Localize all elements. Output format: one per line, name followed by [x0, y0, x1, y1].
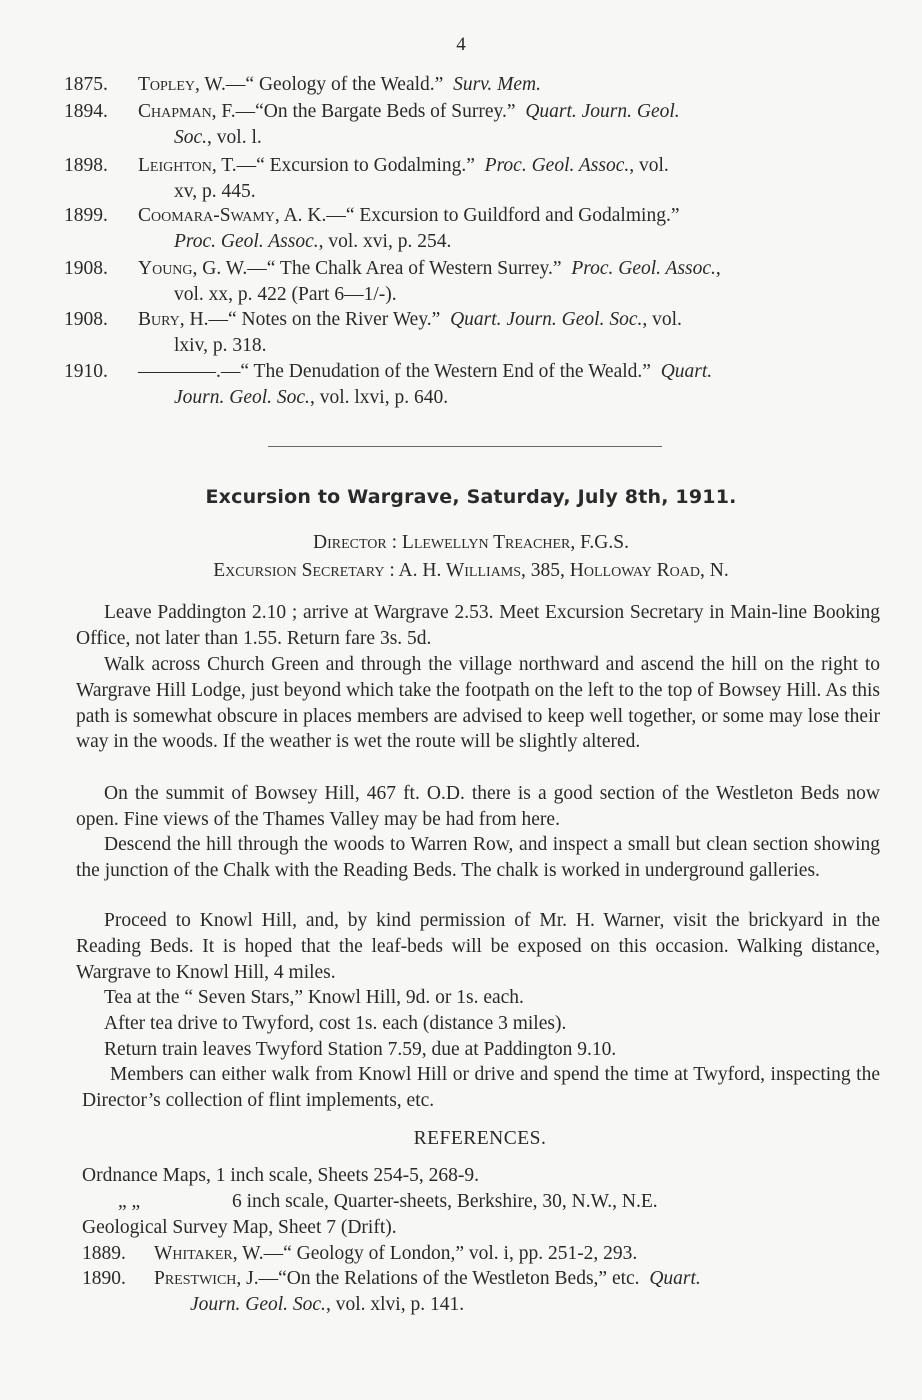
paragraph-text: After tea drive to Twyford, cost 1s. eac… — [76, 1011, 880, 1037]
section-divider — [268, 446, 662, 447]
paragraph-text: Tea at the “ Seven Stars,” Knowl Hill, 9… — [76, 985, 880, 1011]
entry-journal: Surv. Mem. — [453, 74, 541, 95]
paragraph-text: Members can either walk from Knowl Hill … — [82, 1062, 880, 1114]
entry-journal: Proc. Geol. Assoc. — [174, 231, 319, 252]
entry-title: —“On the Bargate Beds of Surrey.” — [236, 101, 516, 122]
entry-details: , vol. xlvi, p. 141. — [326, 1294, 464, 1315]
entry-year: 1890. — [82, 1266, 154, 1292]
entry-year: 1899. — [64, 203, 134, 229]
itinerary-paragraph: Proceed to Knowl Hill, and, by kind perm… — [76, 908, 880, 985]
entry-journal: Proc. Geol. Assoc. — [571, 258, 716, 279]
entry-details: , vol. lxvi, p. 640. — [310, 387, 448, 408]
reference-text: 6 inch scale, Quarter-sheets, Berkshire,… — [232, 1191, 658, 1212]
secretary-line: Excursion Secretary : A. H. Williams, 38… — [0, 560, 922, 582]
entry-author: Topley, W. — [138, 74, 226, 95]
itinerary-paragraph: Walk across Church Green and through the… — [76, 652, 880, 755]
entry-details: lxiv, p. 318. — [138, 333, 872, 359]
itinerary-paragraph: After tea drive to Twyford, cost 1s. eac… — [76, 1011, 880, 1037]
paragraph-text: Proceed to Knowl Hill, and, by kind perm… — [76, 908, 880, 985]
bibliography-entry: 1910. ————.—“ The Denudation of the West… — [64, 359, 872, 410]
paragraph-text: Descend the hill through the woods to Wa… — [76, 832, 880, 884]
entry-title: —“ Notes on the River Wey.” — [209, 309, 441, 330]
entry-title: —“ The Denudation of the Western End of … — [221, 361, 651, 382]
excursion-title: Excursion to Wargrave, Saturday, July 8t… — [0, 486, 922, 508]
entry-journal: Quart. Journ. Geol. — [525, 101, 679, 122]
entry-title: —“ Excursion to Guildford and Godalming.… — [326, 205, 679, 226]
reference-item: „ „6 inch scale, Quarter-sheets, Berkshi… — [82, 1189, 872, 1215]
entry-title: —“ Geology of London,” vol. i, pp. 251-2… — [264, 1243, 638, 1264]
entry-author: ————. — [138, 361, 221, 382]
entry-year: 1889. — [82, 1241, 154, 1267]
itinerary-paragraph: Members can either walk from Knowl Hill … — [82, 1062, 880, 1114]
director-line: Director : Llewellyn Treacher, F.G.S. — [0, 532, 922, 554]
entry-author: Chapman, F. — [138, 101, 236, 122]
entry-year: 1875. — [64, 72, 134, 98]
entry-year: 1894. — [64, 99, 134, 125]
paragraph-text: Walk across Church Green and through the… — [76, 652, 880, 755]
itinerary-paragraph: Leave Paddington 2.10 ; arrive at Wargra… — [76, 600, 880, 652]
entry-details: , — [716, 258, 721, 279]
entry-title: —“ Geology of the Weald.” — [226, 74, 443, 95]
entry-author: Prestwich, J. — [154, 1268, 259, 1289]
entry-journal: Soc. — [174, 127, 207, 148]
entry-title: —“On the Relations of the Westleton Beds… — [259, 1268, 640, 1289]
entry-author: Young, G. W. — [138, 258, 247, 279]
paragraph-text: Return train leaves Twyford Station 7.59… — [76, 1037, 880, 1063]
entry-journal: Quart. Journ. Geol. Soc. — [450, 309, 642, 330]
entry-details: , vol. l. — [207, 127, 262, 148]
entry-year: 1910. — [64, 359, 134, 385]
entry-details: , vol. — [629, 155, 669, 176]
entry-details: , vol. xvi, p. 254. — [319, 231, 452, 252]
bibliography-entry: 1908. Bury, H.—“ Notes on the River Wey.… — [64, 307, 872, 358]
reference-item: 1889.Whitaker, W.—“ Geology of London,” … — [82, 1241, 872, 1267]
bibliography-entry: 1894. Chapman, F.—“On the Bargate Beds o… — [64, 99, 872, 150]
entry-year: 1908. — [64, 307, 134, 333]
itinerary-paragraph: On the summit of Bowsey Hill, 467 ft. O.… — [76, 781, 880, 833]
bibliography-entry: 1899. Coomara-Swamy, A. K.—“ Excursion t… — [64, 203, 872, 254]
entry-journal: Quart. — [649, 1268, 700, 1289]
paragraph-text: On the summit of Bowsey Hill, 467 ft. O.… — [76, 781, 880, 833]
entry-details: vol. xx, p. 422 (Part 6—1/-). — [138, 282, 872, 308]
ditto-marks: „ „ — [82, 1189, 232, 1215]
reference-item: Ordnance Maps, 1 inch scale, Sheets 254-… — [82, 1163, 872, 1189]
entry-year: 1898. — [64, 153, 134, 179]
entry-author: Leighton, T. — [138, 155, 237, 176]
bibliography-entry: 1908. Young, G. W.—“ The Chalk Area of W… — [64, 256, 872, 307]
reference-item: 1890.Prestwich, J.—“On the Relations of … — [82, 1266, 872, 1317]
itinerary-paragraph: Return train leaves Twyford Station 7.59… — [76, 1037, 880, 1063]
entry-details: , vol. — [642, 309, 682, 330]
entry-title: —“ Excursion to Godalming.” — [237, 155, 475, 176]
entry-year: 1908. — [64, 256, 134, 282]
entry-details: xv, p. 445. — [138, 179, 872, 205]
paragraph-text: Leave Paddington 2.10 ; arrive at Wargra… — [76, 600, 880, 652]
entry-journal: Journ. Geol. Soc. — [190, 1294, 326, 1315]
itinerary-paragraph: Descend the hill through the woods to Wa… — [76, 832, 880, 884]
reference-item: Geological Survey Map, Sheet 7 (Drift). — [82, 1215, 872, 1241]
entry-author: Bury, H. — [138, 309, 209, 330]
entry-journal: Proc. Geol. Assoc. — [485, 155, 630, 176]
entry-author: Whitaker, W. — [154, 1243, 264, 1264]
bibliography-entry: 1875. Topley, W.—“ Geology of the Weald.… — [64, 72, 872, 98]
entry-journal: Journ. Geol. Soc. — [174, 387, 310, 408]
entry-journal: Quart. — [661, 361, 712, 382]
itinerary-paragraph: Tea at the “ Seven Stars,” Knowl Hill, 9… — [76, 985, 880, 1011]
entry-title: —“ The Chalk Area of Western Surrey.” — [247, 258, 561, 279]
page-number: 4 — [0, 34, 922, 56]
document-page: 4 1875. Topley, W.—“ Geology of the Weal… — [0, 0, 922, 1400]
bibliography-entry: 1898. Leighton, T.—“ Excursion to Godalm… — [64, 153, 872, 204]
entry-author: Coomara-Swamy, A. K. — [138, 205, 326, 226]
references-heading: REFERENCES. — [0, 1128, 922, 1150]
